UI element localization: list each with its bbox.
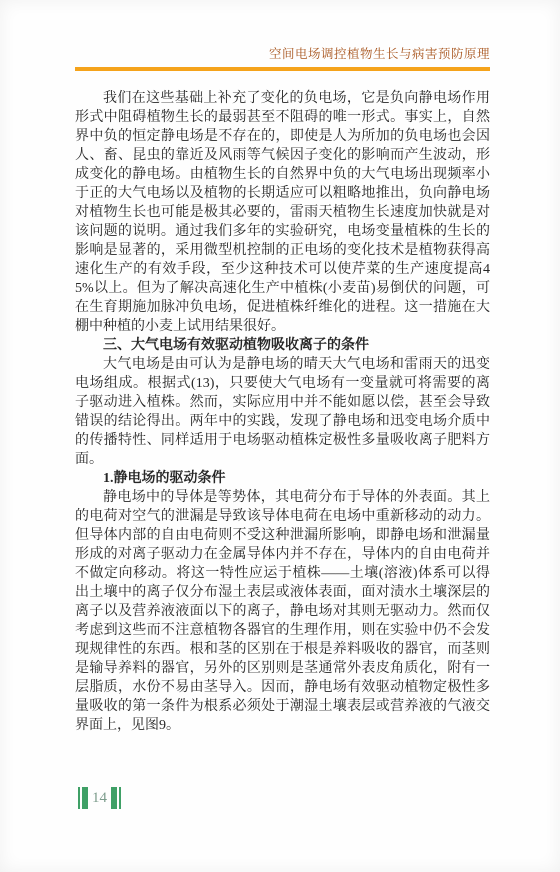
running-title: 空间电场调控植物生长与病害预防原理 [75, 46, 490, 62]
header-rule [75, 67, 490, 71]
page-body: 我们在这些基础上补充了变化的负电场，它是负向静电场作用形式中阻碍植物生长的最弱甚… [75, 89, 490, 735]
footer-bar-left-thin [78, 787, 80, 809]
paragraph: 我们在这些基础上补充了变化的负电场，它是负向静电场作用形式中阻碍植物生长的最弱甚… [75, 89, 490, 336]
subheading: 1.静电场的驱动条件 [75, 469, 490, 488]
paragraph: 大气电场是由可认为是静电场的晴天大气电场和雷雨天的迅变电场组成。根据式(13)，… [75, 355, 490, 469]
page-header: 空间电场调控植物生长与病害预防原理 [75, 46, 490, 71]
paragraph: 静电场中的导体是等势体，其电荷分布于导体的外表面。其上的电荷对空气的泄漏是导致该… [75, 488, 490, 735]
page-footer: 14 [78, 787, 121, 809]
footer-bar-right-thick [111, 787, 117, 809]
document-page: 空间电场调控植物生长与病害预防原理 我们在这些基础上补充了变化的负电场，它是负向… [0, 0, 560, 872]
footer-bar-right-thin [119, 787, 121, 809]
page-number: 14 [92, 787, 107, 809]
footer-bar-left-thick [82, 787, 88, 809]
heading: 三、大气电场有效驱动植物吸收离子的条件 [75, 336, 490, 355]
